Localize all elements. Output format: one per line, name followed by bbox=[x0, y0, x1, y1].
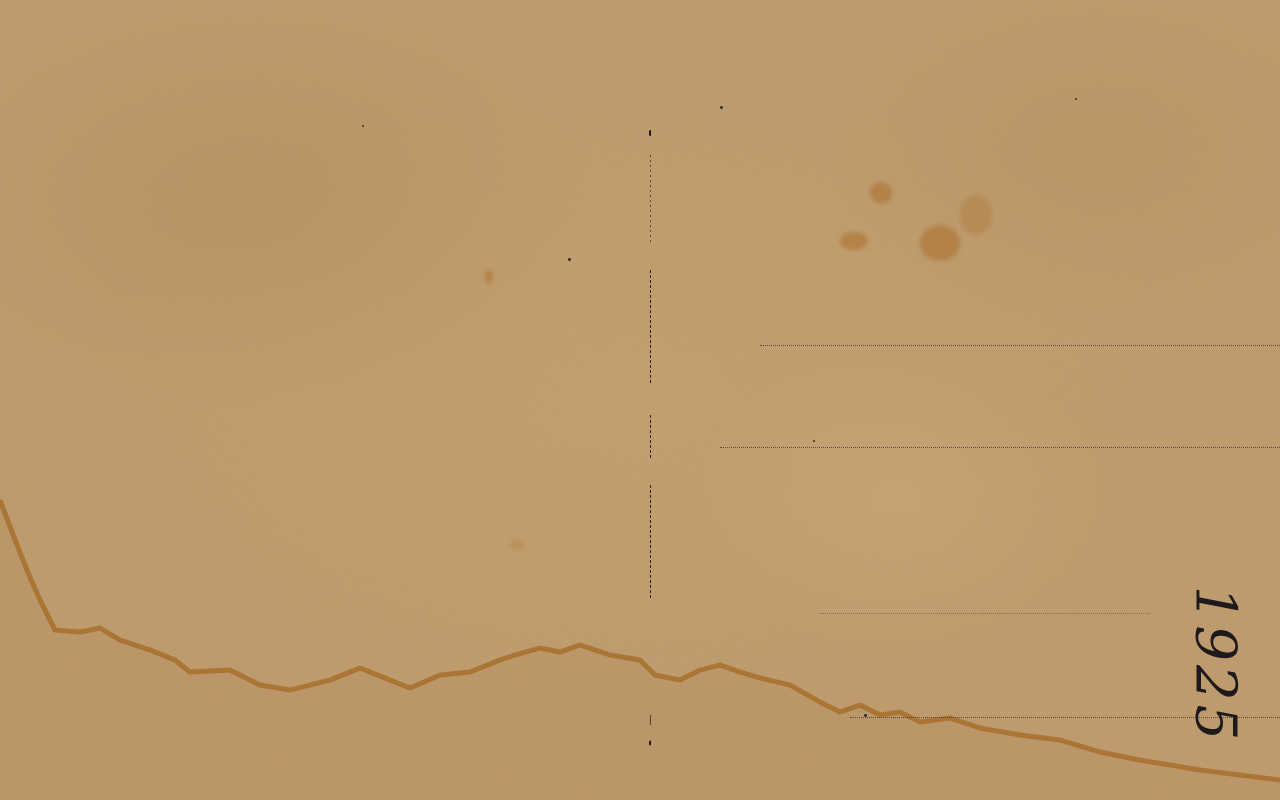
ink-speck bbox=[362, 125, 364, 127]
foxing-spot bbox=[870, 182, 892, 204]
address-line-3 bbox=[820, 613, 1150, 614]
foxing-spot bbox=[960, 195, 992, 235]
postcard-back: 1925 bbox=[0, 0, 1280, 800]
handwritten-year-text: 1925 bbox=[1183, 586, 1248, 745]
foxing-spot bbox=[485, 270, 493, 284]
ink-speck bbox=[1075, 98, 1077, 100]
address-line-1 bbox=[760, 345, 1280, 346]
center-divider-line bbox=[649, 130, 651, 750]
ink-speck bbox=[813, 440, 815, 442]
ink-speck bbox=[720, 106, 723, 109]
ink-speck bbox=[864, 714, 867, 717]
address-line-2 bbox=[720, 447, 1280, 448]
handwritten-year: 1925 bbox=[1170, 565, 1260, 765]
foxing-spot bbox=[840, 232, 868, 250]
water-stain bbox=[0, 0, 1280, 800]
foxing-spot bbox=[510, 540, 524, 550]
foxing-spot bbox=[920, 225, 960, 261]
ink-speck bbox=[568, 258, 571, 261]
